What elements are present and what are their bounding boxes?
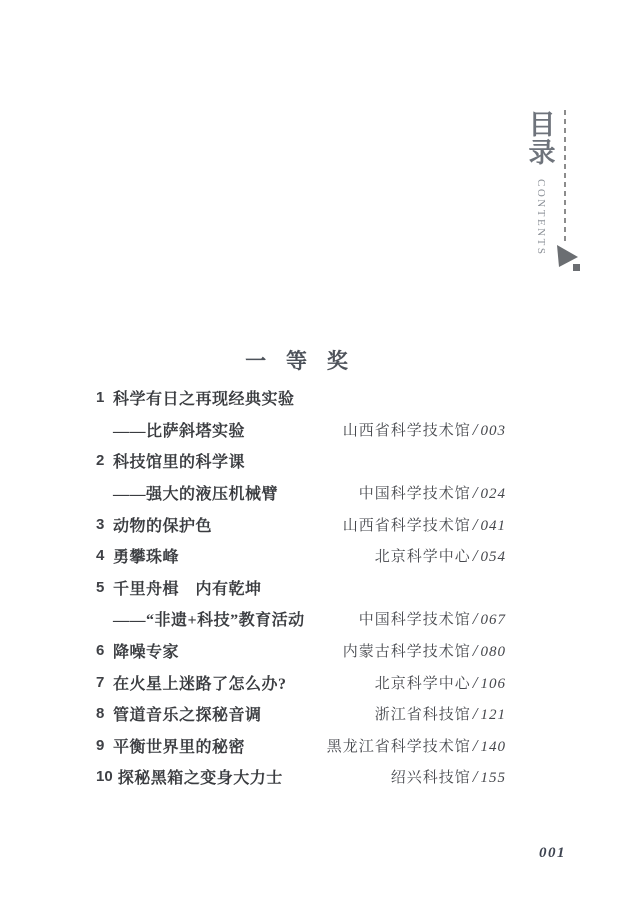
entry-source-page: 绍兴科技馆/155: [391, 766, 506, 787]
entry-source: 北京科学中心: [375, 549, 471, 565]
mouse-cursor-icon: [556, 244, 583, 274]
entry-source: 绍兴科技馆: [391, 770, 471, 786]
entry-separator: /: [471, 736, 481, 756]
toc-entry-line: 7在火星上迷路了怎么办?北京科学中心/106: [96, 666, 506, 698]
entry-page: 080: [481, 644, 507, 660]
entry-page: 024: [481, 486, 507, 502]
entry-page: 155: [481, 770, 507, 786]
toc-entry-line: 6降噪专家内蒙古科学技术馆/080: [96, 635, 506, 667]
toc-entry-line: 8管道音乐之探秘音调浙江省科技馆/121: [96, 698, 506, 730]
entry-title: 动物的保护色: [113, 513, 212, 536]
entry-number: 3: [96, 516, 113, 533]
entry-source: 北京科学中心: [375, 676, 471, 692]
entry-source-page: 浙江省科技馆/121: [375, 703, 506, 724]
entry-number: 8: [96, 705, 113, 722]
entry-source: 中国科学技术馆: [359, 612, 471, 628]
toc-entries: 1科学有日之再现经典实验——比萨斜塔实验山西省科学技术馆/0032科技馆里的科学…: [96, 382, 506, 793]
entry-separator: /: [471, 704, 481, 724]
toc-entry-line: 4勇攀珠峰北京科学中心/054: [96, 540, 506, 572]
toc-entry-subtitle-line: ——强大的液压机械臂中国科学技术馆/024: [96, 477, 506, 509]
entry-number: 2: [96, 452, 113, 469]
entry-source: 中国科学技术馆: [359, 486, 471, 502]
entry-title: 探秘黑箱之变身大力士: [118, 765, 283, 788]
entry-title: 降噪专家: [113, 639, 179, 662]
entry-page: 054: [481, 549, 507, 565]
entry-page: 041: [481, 518, 507, 534]
toc-entry-subtitle-line: ——比萨斜塔实验山西省科学技术馆/003: [96, 414, 506, 446]
toc-title-chinese: 目录: [527, 111, 557, 167]
entry-title: 科技馆里的科学课: [113, 449, 245, 472]
entry-source-page: 山西省科学技术馆/041: [343, 514, 506, 535]
entry-subtitle: ——强大的液压机械臂: [113, 481, 278, 504]
entry-subtitle: ——“非遗+科技”教育活动: [113, 607, 305, 630]
entry-page: 140: [481, 739, 507, 755]
entry-title: 千里舟楫 内有乾坤: [113, 576, 262, 599]
toc-entry-line: 9平衡世界里的秘密黑龙江省科学技术馆/140: [96, 730, 506, 762]
entry-number: 1: [96, 389, 113, 406]
entry-title: 在火星上迷路了怎么办?: [113, 671, 287, 694]
section-title: 一 等 奖: [0, 345, 600, 375]
entry-separator: /: [471, 420, 481, 440]
toc-entry-line: 5千里舟楫 内有乾坤: [96, 572, 506, 604]
entry-number: 7: [96, 674, 113, 691]
entry-separator: /: [471, 515, 481, 535]
toc-entry-line: 1科学有日之再现经典实验: [96, 382, 506, 414]
entry-source: 黑龙江省科学技术馆: [327, 739, 471, 755]
toc-page: 目录 CONTENTS 一 等 奖 1科学有日之再现经典实验——比萨斜塔实验山西…: [0, 0, 642, 908]
toc-entry-line: 10探秘黑箱之变身大力士绍兴科技馆/155: [96, 761, 506, 793]
vertical-dashed-divider: [564, 110, 566, 244]
entry-separator: /: [471, 609, 481, 629]
entry-separator: /: [471, 673, 481, 693]
entry-separator: /: [471, 483, 481, 503]
entry-number: 5: [96, 579, 113, 596]
entry-number: 9: [96, 737, 113, 754]
entry-source: 山西省科学技术馆: [343, 518, 471, 534]
entry-source-page: 内蒙古科学技术馆/080: [343, 640, 506, 661]
entry-source-page: 中国科学技术馆/024: [359, 482, 506, 503]
entry-separator: /: [471, 641, 481, 661]
toc-entry-line: 2科技馆里的科学课: [96, 445, 506, 477]
entry-source: 内蒙古科学技术馆: [343, 644, 471, 660]
toc-title-english: CONTENTS: [535, 179, 547, 256]
entry-separator: /: [471, 546, 481, 566]
entry-title: 科学有日之再现经典实验: [113, 386, 295, 409]
entry-separator: /: [471, 767, 481, 787]
entry-source-page: 山西省科学技术馆/003: [343, 419, 506, 440]
entry-page: 003: [481, 423, 507, 439]
toc-entry-line: 3动物的保护色山西省科学技术馆/041: [96, 508, 506, 540]
entry-number: 4: [96, 547, 113, 564]
entry-title: 勇攀珠峰: [113, 544, 179, 567]
entry-number: 6: [96, 642, 113, 659]
entry-page: 121: [481, 707, 507, 723]
entry-title: 平衡世界里的秘密: [113, 734, 245, 757]
toc-entry-subtitle-line: ——“非遗+科技”教育活动中国科学技术馆/067: [96, 603, 506, 635]
entry-source-page: 北京科学中心/106: [375, 672, 506, 693]
entry-source: 山西省科学技术馆: [343, 423, 471, 439]
entry-source-page: 中国科学技术馆/067: [359, 608, 506, 629]
entry-source-page: 北京科学中心/054: [375, 545, 506, 566]
entry-page: 067: [481, 612, 507, 628]
entry-number: 10: [96, 768, 118, 785]
entry-source-page: 黑龙江省科学技术馆/140: [327, 735, 506, 756]
entry-page: 106: [481, 676, 507, 692]
page-number: 001: [539, 845, 566, 862]
entry-title: 管道音乐之探秘音调: [113, 702, 262, 725]
entry-source: 浙江省科技馆: [375, 707, 471, 723]
entry-subtitle: ——比萨斜塔实验: [113, 418, 245, 441]
